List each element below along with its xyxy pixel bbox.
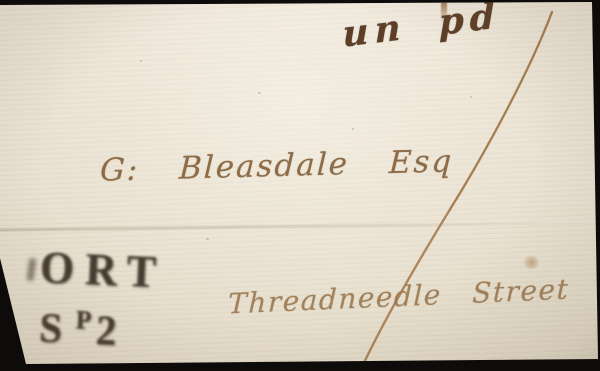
paper-speckle	[352, 128, 354, 130]
postmark-line2: SP2	[38, 293, 166, 360]
ink-spot-stain	[524, 256, 539, 269]
postmark-line2-number: 2	[95, 306, 128, 355]
postal-cover-photo: un pd G: Bleasdale Esq Threadneedle Stre…	[0, 0, 600, 371]
paper-speckle	[140, 60, 142, 62]
postmark-line1: ORT	[39, 244, 168, 298]
postmark-line2-superscript: P	[75, 306, 94, 335]
paper-speckle	[258, 92, 261, 94]
paper-speckle	[206, 238, 209, 240]
street-address-line: Threadneedle Street	[228, 273, 570, 321]
fold-crease	[0, 220, 600, 231]
paper-speckle	[470, 96, 472, 98]
addressee-line: G: Bleasdale Esq	[99, 143, 454, 188]
postmark-line2-letter: S	[39, 304, 74, 353]
postmark-partial-mark	[26, 258, 36, 282]
unpaid-annotation: un pd	[342, 0, 501, 56]
paper-sheet: un pd G: Bleasdale Esq Threadneedle Stre…	[0, 0, 600, 371]
postmark: ORT SP2	[36, 244, 168, 360]
